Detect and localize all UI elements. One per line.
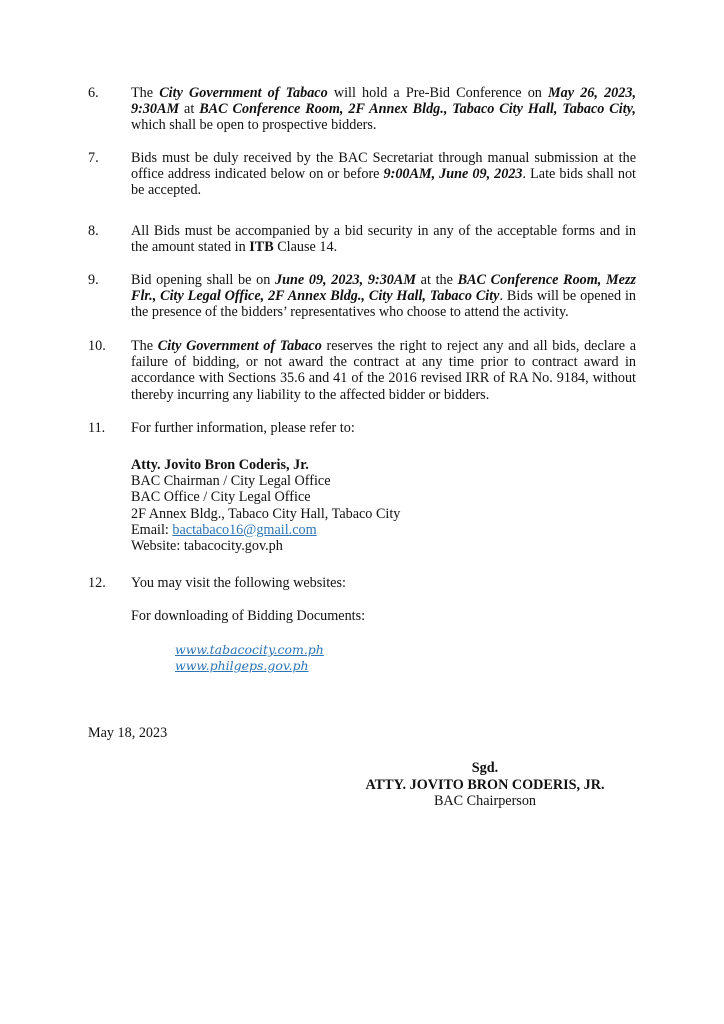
contact-website: Website: tabacocity.gov.ph xyxy=(131,538,400,554)
clause-text: You may visit the following websites: xyxy=(131,575,636,591)
clause-text-segment: City Government of Tabaco xyxy=(159,85,327,101)
clause-text-segment: at xyxy=(179,101,199,117)
document-page: 6. The City Government of Tabaco will ho… xyxy=(0,0,724,1024)
clause-11: 11. For further information, please refe… xyxy=(88,420,636,436)
clause-text-segment: 9:00AM, June 09, 2023 xyxy=(384,166,523,182)
clause-text: For further information, please refer to… xyxy=(131,420,636,436)
signatory-position: BAC Chairperson xyxy=(300,793,670,810)
clause-number: 6. xyxy=(88,85,128,101)
contact-title: BAC Chairman / City Legal Office xyxy=(131,473,400,489)
signature-sgd: Sgd. xyxy=(300,760,670,777)
clause-number: 12. xyxy=(88,575,128,591)
clause-10: 10. The City Government of Tabaco reserv… xyxy=(88,338,636,403)
clause-text-segment: The xyxy=(131,338,158,354)
clause-text-segment: You may visit the following websites: xyxy=(131,575,346,591)
contact-address: 2F Annex Bldg., Tabaco City Hall, Tabaco… xyxy=(131,506,400,522)
document-date: May 18, 2023 xyxy=(88,725,167,742)
clause-number: 11. xyxy=(88,420,128,436)
website-link-philgeps[interactable]: www.philgeps.gov.ph xyxy=(175,658,309,673)
clause-text: Bids must be duly received by the BAC Se… xyxy=(131,150,636,199)
clause-text-segment: The xyxy=(131,85,159,101)
clause-text: Bid opening shall be on June 09, 2023, 9… xyxy=(131,272,636,321)
clause-7: 7. Bids must be duly received by the BAC… xyxy=(88,150,636,199)
clause-text-segment: at the xyxy=(416,272,458,288)
signature-block: Sgd. ATTY. JOVITO BRON CODERIS, JR. BAC … xyxy=(300,760,670,810)
clause-9: 9. Bid opening shall be on June 09, 2023… xyxy=(88,272,636,321)
clause-8: 8. All Bids must be accompanied by a bid… xyxy=(88,223,636,255)
clause-text: All Bids must be accompanied by a bid se… xyxy=(131,223,636,255)
email-label: Email: xyxy=(131,522,172,538)
signatory-name: ATTY. JOVITO BRON CODERIS, JR. xyxy=(300,777,670,794)
clause-text: The City Government of Tabaco will hold … xyxy=(131,85,636,134)
contact-email-line: Email: bactabaco16@gmail.com xyxy=(131,522,400,538)
clause-12: 12. You may visit the following websites… xyxy=(88,575,636,591)
downloads-label: For downloading of Bidding Documents: xyxy=(131,608,365,624)
clause-text-segment: will hold a Pre-Bid Conference on xyxy=(328,85,548,101)
clause-text-segment: City Government of Tabaco xyxy=(158,338,322,354)
clause-text: The City Government of Tabaco reserves t… xyxy=(131,338,636,403)
clause-text-segment: Bid opening shall be on xyxy=(131,272,275,288)
clause-text-segment: BAC Conference Room, 2F Annex Bldg., Tab… xyxy=(199,101,636,117)
clause-text-segment: which shall be open to prospective bidde… xyxy=(131,117,376,133)
clause-number: 10. xyxy=(88,338,128,354)
contact-name: Atty. Jovito Bron Coderis, Jr. xyxy=(131,457,400,473)
clause-text-segment: June 09, 2023, 9:30AM xyxy=(275,272,416,288)
email-link[interactable]: bactabaco16@gmail.com xyxy=(172,522,316,538)
clause-text-segment: All Bids must be accompanied by a bid se… xyxy=(131,223,636,255)
website-links: www.tabacocity.com.ph www.philgeps.gov.p… xyxy=(175,642,324,674)
clause-number: 8. xyxy=(88,223,128,239)
website-link-tabacocity[interactable]: www.tabacocity.com.ph xyxy=(175,642,324,657)
contact-office: BAC Office / City Legal Office xyxy=(131,489,400,505)
clause-number: 9. xyxy=(88,272,128,288)
clause-text-segment: For further information, please refer to… xyxy=(131,420,355,436)
clause-number: 7. xyxy=(88,150,128,166)
clause-6: 6. The City Government of Tabaco will ho… xyxy=(88,85,636,134)
clause-text-segment: ITB xyxy=(249,239,273,255)
clause-text-segment: Clause 14. xyxy=(274,239,337,255)
contact-block: Atty. Jovito Bron Coderis, Jr. BAC Chair… xyxy=(131,457,400,554)
